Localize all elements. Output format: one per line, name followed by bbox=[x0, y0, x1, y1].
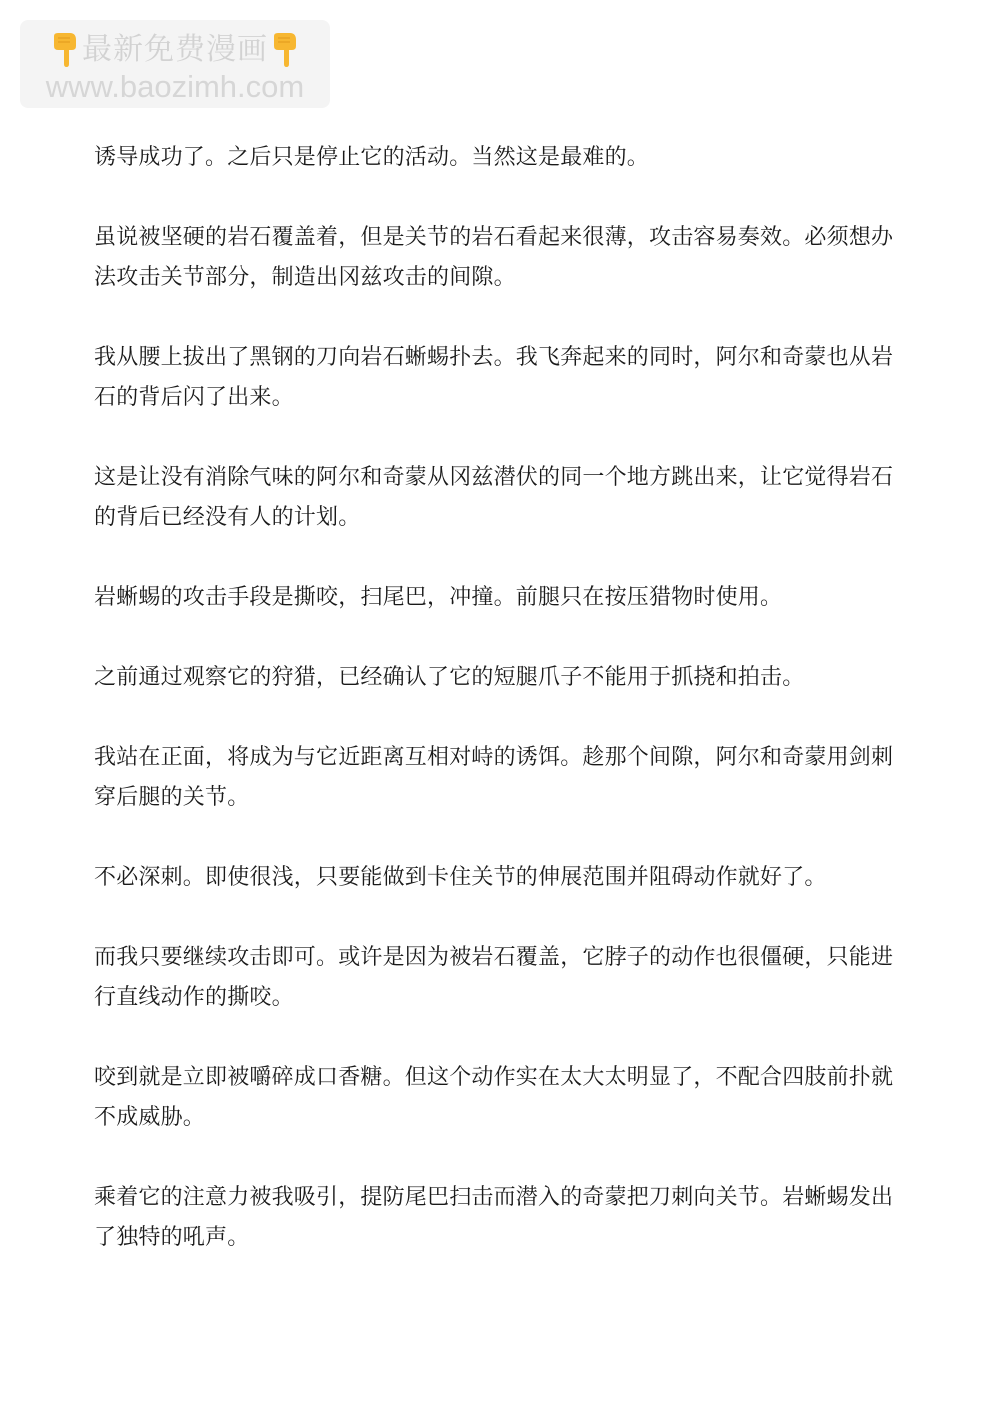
pointing-down-hand-icon bbox=[270, 32, 300, 68]
paragraph: 虽说被坚硬的岩石覆盖着，但是关节的岩石看起来很薄，攻击容易奏效。必须想办法攻击关… bbox=[94, 218, 894, 298]
watermark-title-row: 最新免费漫画 bbox=[20, 30, 330, 70]
paragraph: 我站在正面，将成为与它近距离互相对峙的诱饵。趁那个间隙，阿尔和奇蒙用剑刺穿后腿的… bbox=[94, 738, 894, 818]
paragraph: 不必深刺。即使很浅，只要能做到卡住关节的伸展范围并阻碍动作就好了。 bbox=[94, 858, 894, 898]
paragraph: 这是让没有消除气味的阿尔和奇蒙从冈兹潜伏的同一个地方跳出来，让它觉得岩石的背后已… bbox=[94, 458, 894, 538]
paragraph: 咬到就是立即被嚼碎成口香糖。但这个动作实在太大太明显了，不配合四肢前扑就不成威胁… bbox=[94, 1058, 894, 1138]
watermark-banner: 最新免费漫画 www.baozimh.com bbox=[20, 20, 330, 108]
paragraph: 诱导成功了。之后只是停止它的活动。当然这是最难的。 bbox=[94, 138, 894, 178]
paragraph: 我从腰上拔出了黑钢的刀向岩石蜥蜴扑去。我飞奔起来的同时，阿尔和奇蒙也从岩石的背后… bbox=[94, 338, 894, 418]
watermark-url: www.baozimh.com bbox=[20, 70, 330, 104]
paragraph: 之前通过观察它的狩猎，已经确认了它的短腿爪子不能用于抓挠和拍击。 bbox=[94, 658, 894, 698]
document-body: 诱导成功了。之后只是停止它的活动。当然这是最难的。 虽说被坚硬的岩石覆盖着，但是… bbox=[94, 138, 894, 1298]
pointing-down-hand-icon bbox=[50, 32, 80, 68]
paragraph: 乘着它的注意力被我吸引，提防尾巴扫击而潜入的奇蒙把刀刺向关节。岩蜥蜴发出了独特的… bbox=[94, 1178, 894, 1258]
paragraph: 岩蜥蜴的攻击手段是撕咬，扫尾巴，冲撞。前腿只在按压猎物时使用。 bbox=[94, 578, 894, 618]
watermark-title: 最新免费漫画 bbox=[82, 30, 268, 70]
paragraph: 而我只要继续攻击即可。或许是因为被岩石覆盖，它脖子的动作也很僵硬，只能进行直线动… bbox=[94, 938, 894, 1018]
